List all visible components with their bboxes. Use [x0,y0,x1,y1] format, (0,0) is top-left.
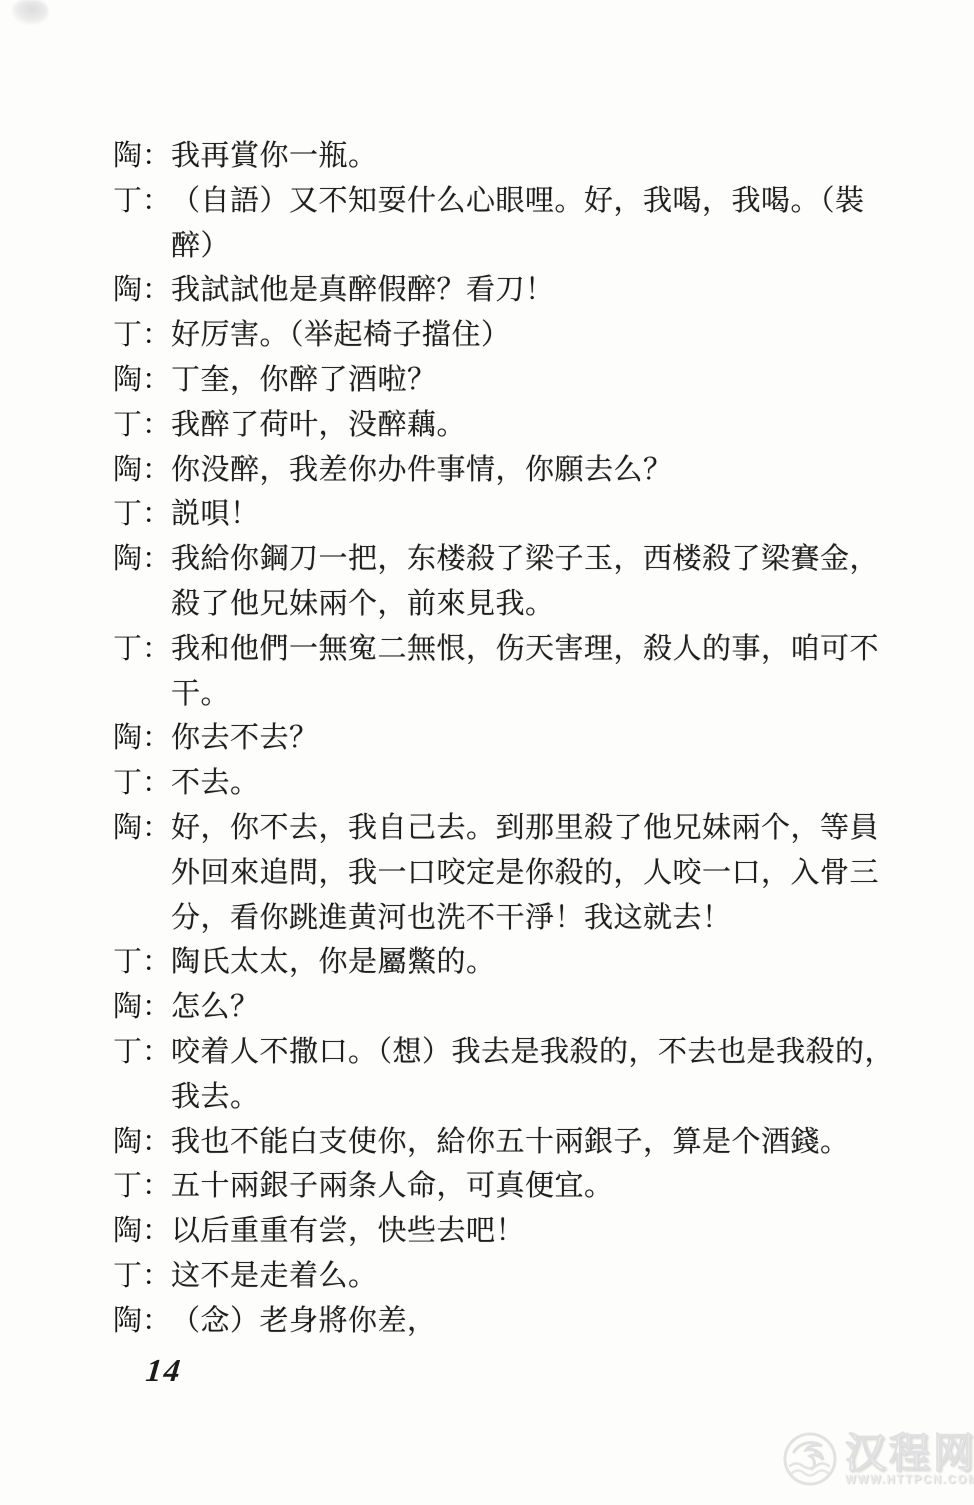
dialogue-line: 醉） [113,224,923,269]
hanchengwang-logo-icon [780,1430,840,1488]
dialogue-line: 外回來追問，我一口咬定是你殺的，人咬一口，入骨三 [113,851,923,896]
dialogue-line: 丁：我醉了荷叶，没醉藕。 [113,403,923,448]
speaker-label: 丁： [113,179,171,224]
dialogue-text: 好厉害。（举起椅子擋住） [171,313,511,358]
dialogue-text: 你没醉，我差你办件事情，你願去么？ [171,448,673,493]
scan-artifact-mark [12,0,48,24]
dialogue-text: 好，你不去，我自己去。到那里殺了他兄妹兩个，等員 [171,806,879,851]
dialogue-text: 我和他們一無寃二無恨，伤天害理，殺人的事，咱可不 [171,627,879,672]
dialogue-line: 陶：好，你不去，我自己去。到那里殺了他兄妹兩个，等員 [113,806,923,851]
speaker-label: 丁： [113,1164,171,1209]
dialogue-line: 陶：以后重重有尝，快些去吧！ [113,1209,923,1254]
dialogue-line: 丁：（自語）又不知耍什么心眼哩。好，我喝，我喝。（裝 [113,179,923,224]
dialogue-text: 我給你鋼刀一把，东楼殺了梁子玉，西楼殺了梁賽金， [171,537,879,582]
speaker-label: 陶： [113,537,171,582]
dialogue-text: 説唄！ [171,492,260,537]
speaker-label: 丁： [113,940,171,985]
speaker-label: 陶： [113,806,171,851]
dialogue-text: 我再賞你一瓶。 [171,134,378,179]
dialogue-text: 以后重重有尝，快些去吧！ [171,1209,525,1254]
dialogue-line: 丁：这不是走着么。 [113,1254,923,1299]
dialogue: 陶：我再賞你一瓶。丁：（自語）又不知耍什么心眼哩。好，我喝，我喝。（裝醉）陶：我… [113,134,923,1344]
dialogue-text: 分，看你跳進黄河也洗不干淨！我这就去！ [171,896,732,941]
dialogue-line: 我去。 [113,1075,923,1120]
dialogue-text: 丁奎，你醉了酒啦？ [171,358,437,403]
speaker-label: 陶： [113,448,171,493]
dialogue-line: 陶：你没醉，我差你办件事情，你願去么？ [113,448,923,493]
speaker-label: 丁： [113,1030,171,1075]
dialogue-line: 陶：我再賞你一瓶。 [113,134,923,179]
dialogue-line: 陶：我給你鋼刀一把，东楼殺了梁子玉，西楼殺了梁賽金， [113,537,923,582]
speaker-label: 陶： [113,1299,171,1344]
speaker-label: 陶： [113,134,171,179]
speaker-label: 丁： [113,627,171,672]
speaker-label: 陶： [113,716,171,761]
dialogue-text: （自語）又不知耍什么心眼哩。好，我喝，我喝。（裝 [171,179,865,224]
dialogue-line: 陶：我試試他是真醉假醉？看刀！ [113,268,923,313]
dialogue-line: 分，看你跳進黄河也洗不干淨！我这就去！ [113,896,923,941]
dialogue-text: （念）老身將你差， [171,1299,437,1344]
dialogue-line: 陶：我也不能白支使你，給你五十兩銀子，算是个酒錢。 [113,1120,923,1165]
dialogue-text: 干。 [171,672,230,717]
speaker-label: 丁： [113,761,171,806]
speaker-label: 丁： [113,1254,171,1299]
dialogue-text: 醉） [171,224,230,269]
dialogue-text: 你去不去？ [171,716,319,761]
dialogue-text: 我也不能白支使你，給你五十兩銀子，算是个酒錢。 [171,1120,850,1165]
dialogue-text: 五十兩銀子兩条人命，可真便宜。 [171,1164,614,1209]
dialogue-line: 丁：我和他們一無寃二無恨，伤天害理，殺人的事，咱可不 [113,627,923,672]
speaker-label: 陶： [113,358,171,403]
dialogue-text: 我試試他是真醉假醉？看刀！ [171,268,555,313]
dialogue-line: 陶：丁奎，你醉了酒啦？ [113,358,923,403]
speaker-label: 丁： [113,492,171,537]
dialogue-line: 丁：不去。 [113,761,923,806]
speaker-label: 丁： [113,403,171,448]
dialogue-line: 丁：好厉害。（举起椅子擋住） [113,313,923,358]
dialogue-line: 陶：（念）老身將你差， [113,1299,923,1344]
dialogue-line: 陶：怎么？ [113,985,923,1030]
dialogue-text: 我去。 [171,1075,260,1120]
dialogue-text: 殺了他兄妹兩个，前來見我。 [171,582,555,627]
dialogue-line: 干。 [113,672,923,717]
dialogue-text: 外回來追問，我一口咬定是你殺的，人咬一口，入骨三 [171,851,879,896]
dialogue-line: 丁：咬着人不撒口。（想）我去是我殺的，不去也是我殺的， [113,1030,923,1075]
speaker-label: 陶： [113,1209,171,1254]
page-number: 14 [144,1352,184,1389]
dialogue-line: 陶：你去不去？ [113,716,923,761]
watermark: 汉程网 WWW.HTTPCN.COM [780,1430,974,1488]
watermark-site-name: 汉程网 [845,1433,974,1473]
dialogue-text: 陶氏太太，你是屬鱉的。 [171,940,496,985]
dialogue-text: 这不是走着么。 [171,1254,378,1299]
dialogue-text: 咬着人不撒口。（想）我去是我殺的，不去也是我殺的， [171,1030,894,1075]
speaker-label: 陶： [113,1120,171,1165]
speaker-label: 陶： [113,268,171,313]
scanned-page: 陶：我再賞你一瓶。丁：（自語）又不知耍什么心眼哩。好，我喝，我喝。（裝醉）陶：我… [0,0,974,1505]
dialogue-line: 殺了他兄妹兩个，前來見我。 [113,582,923,627]
speaker-label: 丁： [113,313,171,358]
dialogue-text: 怎么？ [171,985,260,1030]
dialogue-text: 我醉了荷叶，没醉藕。 [171,403,466,448]
watermark-url: WWW.HTTPCN.COM [845,1474,974,1486]
speaker-label: 陶： [113,985,171,1030]
dialogue-text: 不去。 [171,761,260,806]
dialogue-line: 丁：陶氏太太，你是屬鱉的。 [113,940,923,985]
dialogue-line: 丁：五十兩銀子兩条人命，可真便宜。 [113,1164,923,1209]
dialogue-line: 丁：説唄！ [113,492,923,537]
